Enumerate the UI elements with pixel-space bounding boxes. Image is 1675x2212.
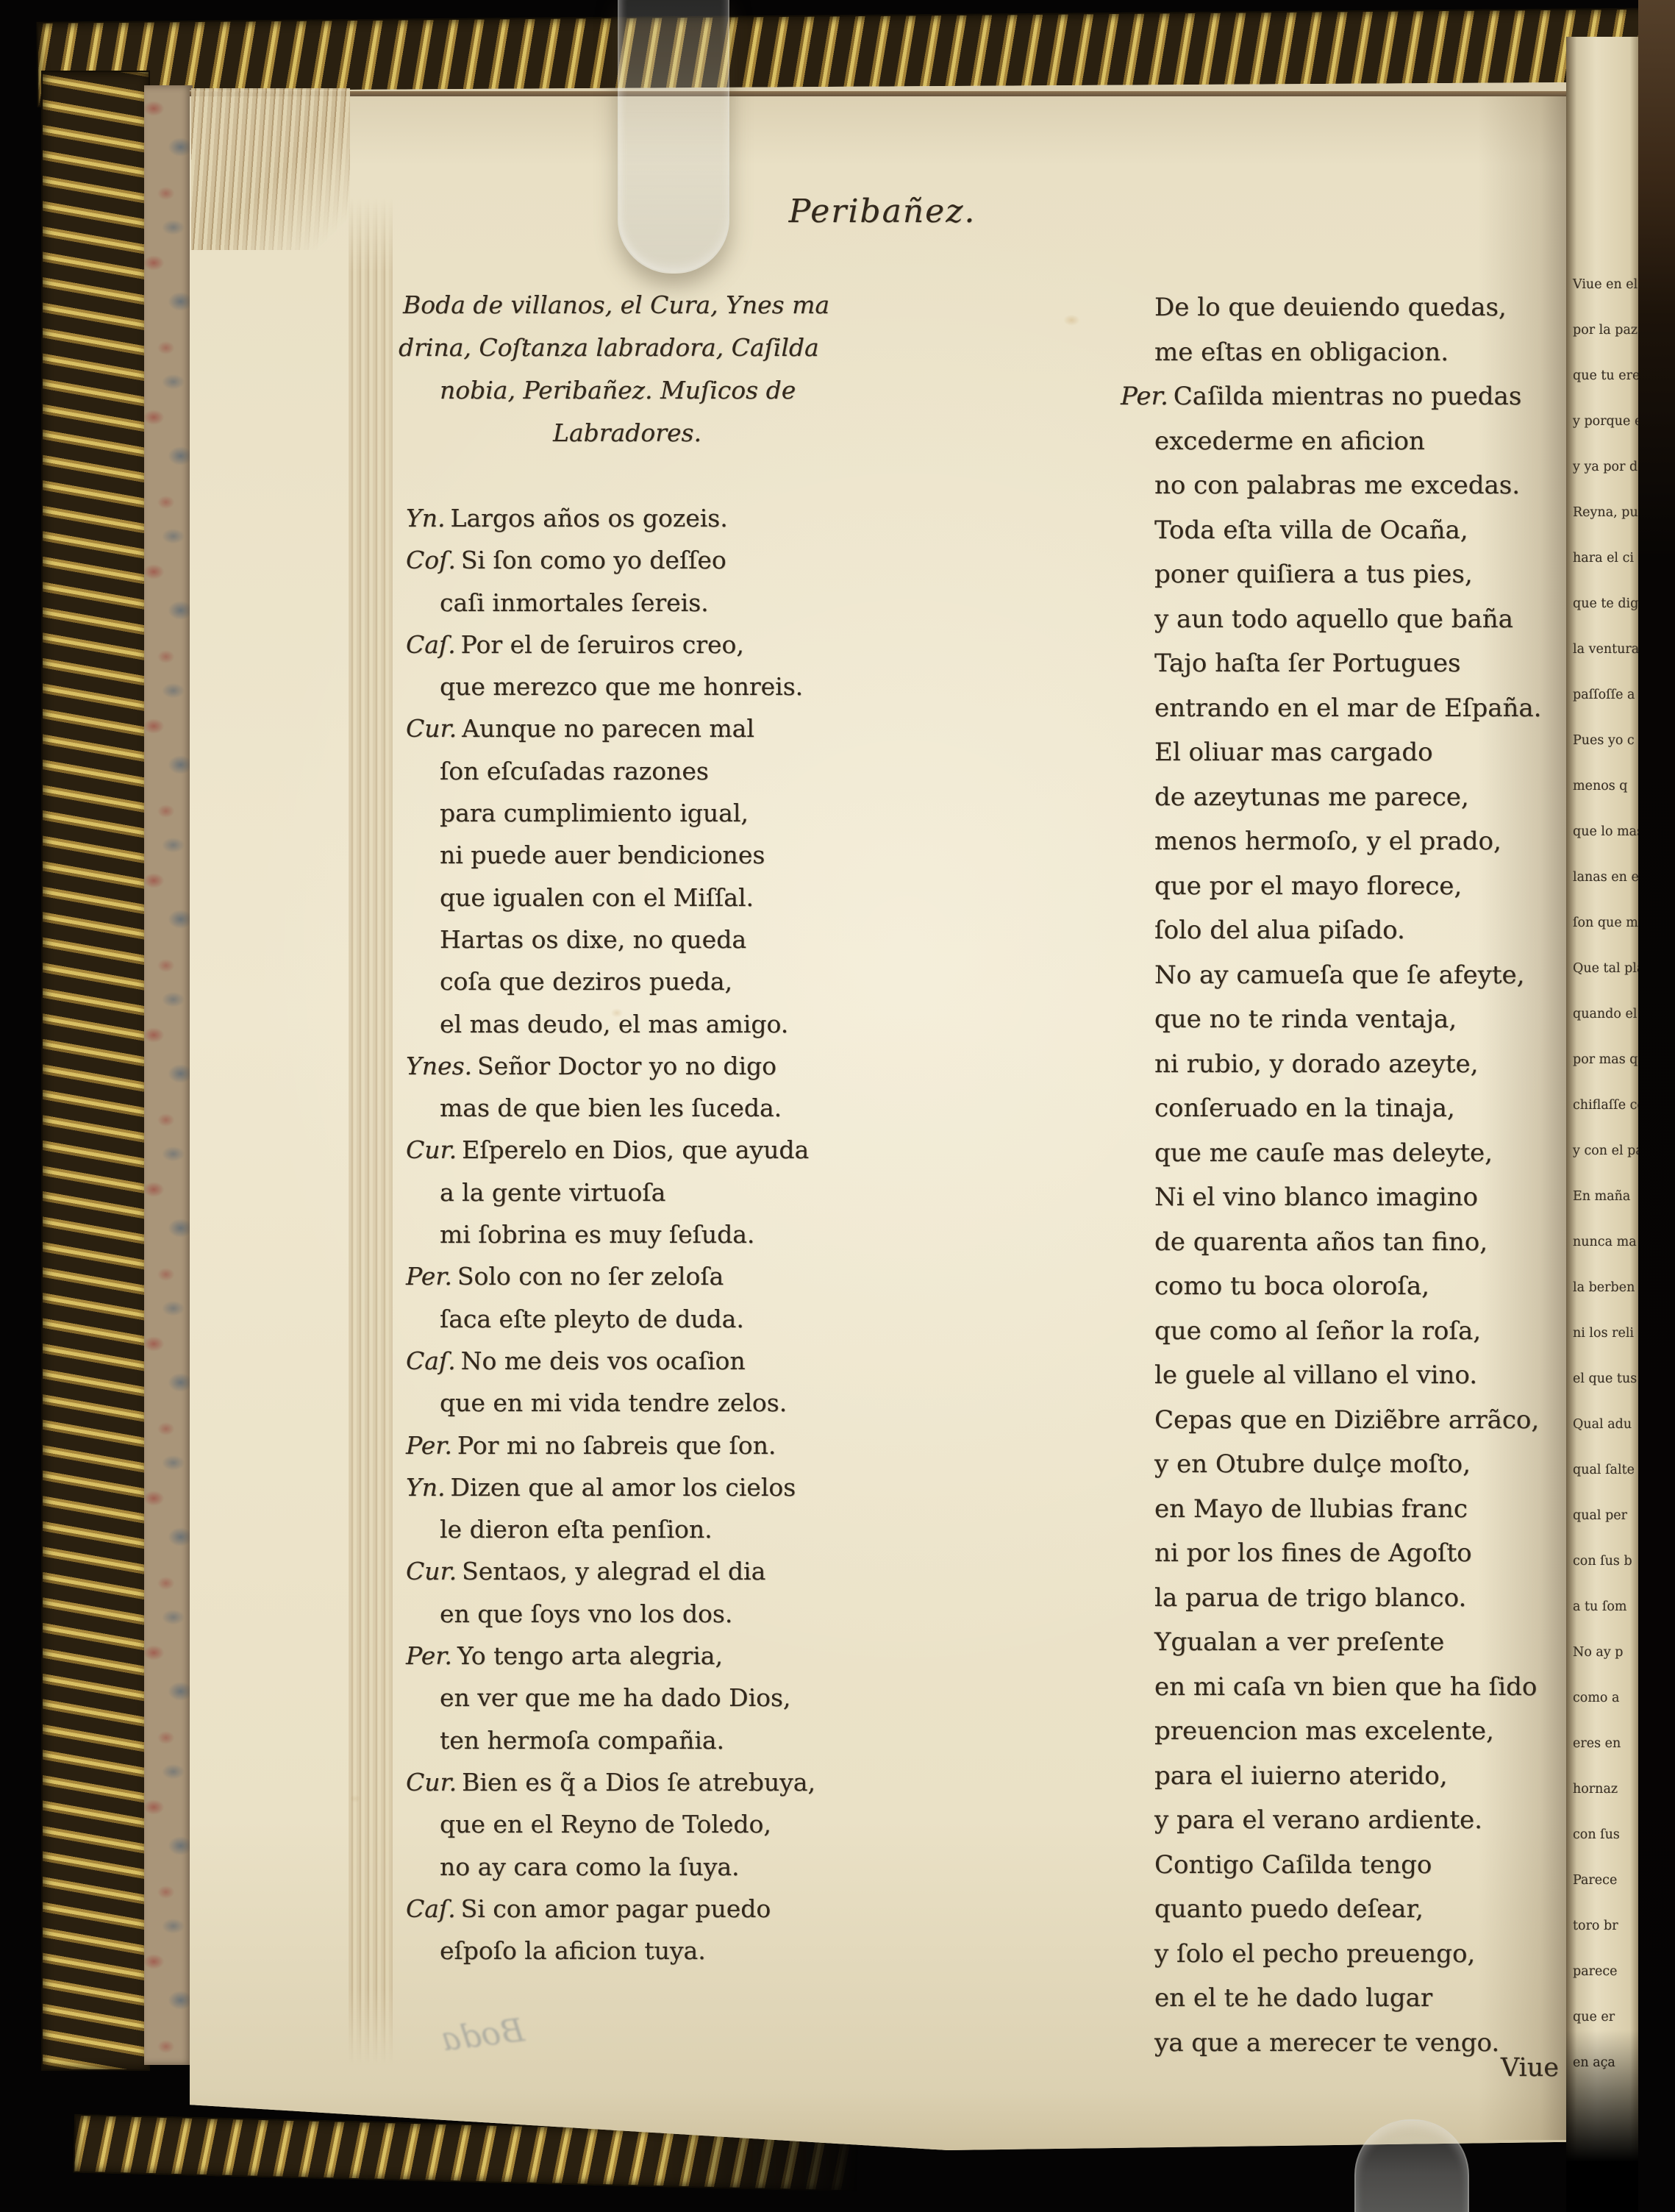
- verse-text: No ay camueſa que ſe afeyte,: [1154, 960, 1524, 990]
- verse-line: que en mi vida tendre zelos.: [406, 1382, 921, 1424]
- verse-line: y en Otubre dulçe moſto,: [1121, 1442, 1591, 1487]
- verse-line: mas de que bien les ſuceda.: [406, 1087, 921, 1129]
- verse-text: Si con amor pagar puedo: [461, 1894, 771, 1923]
- verse-line: que merezco que me honreis.: [406, 666, 921, 707]
- edge-fragment: No ay p: [1566, 1630, 1641, 1675]
- speaker-abbrev: Ynes.: [406, 1052, 472, 1080]
- verse-text: Ygualan a ver preſente: [1154, 1627, 1444, 1657]
- verse-text: que en el Reyno de Toledo,: [440, 1810, 771, 1838]
- verse-line: que igualen con el Miſſal.: [406, 877, 921, 918]
- facing-page-edge-spacer: [1566, 37, 1641, 262]
- verse-line: Ygualan a ver preſente: [1121, 1620, 1591, 1665]
- edge-fragment: paſſoſſe a C: [1566, 672, 1641, 718]
- verse-line: nobia, Peribañez. Muſicos de: [440, 369, 932, 412]
- verse-line: excederme en aficion: [1121, 419, 1591, 464]
- verse-text: De lo que deuiendo quedas,: [1154, 293, 1507, 322]
- verse-line: Hartas os dixe, no queda: [406, 918, 921, 960]
- verse-text: para cumplimiento igual,: [440, 799, 749, 827]
- edge-fragment: Viue en el,q: [1566, 262, 1641, 307]
- verse-line: que me cauſe mas deleyte,: [1121, 1131, 1591, 1176]
- verse-text: que no te rinda ventaja,: [1154, 1005, 1457, 1034]
- edge-fragment: toro br: [1566, 1903, 1641, 1949]
- verse-text: ſon eſcuſadas razones: [440, 757, 709, 785]
- edge-fragment: la ventura: [1566, 627, 1641, 672]
- speaker-abbrev: Cur.: [406, 1135, 457, 1164]
- edge-fragment: qual ſalte: [1566, 1447, 1641, 1493]
- edge-fragment: el que tus: [1566, 1356, 1641, 1402]
- edge-fragment: que lo mas: [1566, 809, 1641, 855]
- verse-text: que igualen con el Miſſal.: [440, 883, 754, 912]
- edge-fragment: con ſus b: [1566, 1538, 1641, 1584]
- verse-line: en que ſoys vno los dos.: [406, 1593, 921, 1635]
- edge-fragment: como a: [1566, 1675, 1641, 1721]
- verse-text: Por el de ſeruiros creo,: [461, 630, 744, 659]
- verse-line: que como al ſeñor la roſa,: [1121, 1309, 1591, 1354]
- verse-line: Per.Por mi no ſabreis que ſon.: [406, 1424, 921, 1466]
- verse-text: Contigo Caſilda tengo: [1154, 1850, 1432, 1880]
- verse-line: que en el Reyno de Toledo,: [406, 1803, 921, 1845]
- verse-text: Caſilda mientras no puedas: [1174, 382, 1521, 411]
- verse-text: Bien es q̃ a Dios ſe atrebuya,: [462, 1768, 815, 1797]
- edge-fragment: y porque e: [1566, 399, 1641, 444]
- verse-line: eſpoſo la aficion tuya.: [406, 1930, 921, 1972]
- verse-text: Aunque no parecen mal: [462, 714, 754, 743]
- verse-text: de quarenta años tan fino,: [1154, 1227, 1487, 1257]
- edge-fragment: eres en: [1566, 1721, 1641, 1766]
- right-column: De lo que deuiendo quedas,me eſtas en ob…: [1121, 285, 1591, 2065]
- edge-fragment: Reyna, pues: [1566, 490, 1641, 535]
- speaker-abbrev: Yn.: [406, 1473, 446, 1502]
- verse-line: en Mayo de llubias franc: [1121, 1487, 1591, 1532]
- edge-fragment: parece: [1566, 1949, 1641, 1994]
- verse-text: Si ſon como yo deſſeo: [461, 546, 726, 574]
- verse-text: y aun todo aquello que baña: [1154, 604, 1513, 634]
- verse-text: el mas deudo, el mas amigo.: [440, 1010, 788, 1038]
- verse-line: De lo que deuiendo quedas,: [1121, 285, 1591, 330]
- edge-fragment: En maña: [1566, 1174, 1641, 1219]
- verse-text: Ni el vino blanco imagino: [1154, 1182, 1478, 1212]
- verse-line: que no te rinda ventaja,: [1121, 997, 1591, 1042]
- verse-text: coſa que deziros pueda,: [440, 967, 732, 996]
- verse-text: Hartas os dixe, no queda: [440, 925, 746, 954]
- page-stack-edge: [191, 88, 350, 250]
- edge-fragment: con ſus: [1566, 1812, 1641, 1858]
- edge-fragment: Que tal pla: [1566, 946, 1641, 991]
- verse-text: ten hermoſa compañia.: [440, 1726, 724, 1755]
- edge-fragment: que tu eres: [1566, 353, 1641, 399]
- verse-line: ni rubio, y dorado azeyte,: [1121, 1042, 1591, 1087]
- verse-line: como tu boca oloroſa,: [1121, 1264, 1591, 1309]
- speaker-abbrev: Cur.: [406, 1557, 457, 1585]
- verse-line: drina, Coſtanza labradora, Caſilda: [399, 327, 932, 369]
- verse-text: mas de que bien les ſuceda.: [440, 1093, 782, 1122]
- verse-text: Cepas que en Diziẽbre arrãco,: [1154, 1405, 1539, 1435]
- verse-line: y ſolo el pecho preuengo,: [1121, 1932, 1591, 1977]
- verse-line: Cepas que en Diziẽbre arrãco,: [1121, 1398, 1591, 1443]
- verse-line: ten hermoſa compañia.: [406, 1719, 921, 1761]
- book-photo: Peribañez. Boda de villanos, el Cura, Yn…: [0, 0, 1675, 2212]
- verse-line: en el te he dado lugar: [1121, 1976, 1591, 2021]
- verse-line: mi ſobrina es muy ſeſuda.: [406, 1213, 921, 1255]
- verse-line: y aun todo aquello que baña: [1121, 597, 1591, 642]
- verse-text: Sentaos, y alegrad el dia: [462, 1557, 765, 1585]
- verse-text: nobia, Peribañez. Muſicos de: [440, 376, 796, 404]
- verse-text: ni rubio, y dorado azeyte,: [1154, 1049, 1478, 1079]
- verse-line: a la gente virtuoſa: [406, 1171, 921, 1213]
- verse-line: entrando en el mar de Eſpaña.: [1121, 686, 1591, 731]
- verse-line: le dieron eſta penſion.: [406, 1508, 921, 1550]
- verse-line: en ver que me ha dado Dios,: [406, 1677, 921, 1719]
- verse-line: de quarenta años tan fino,: [1121, 1220, 1591, 1265]
- speaker-abbrev: Per.: [406, 1641, 452, 1670]
- verse-text: Toda eſta villa de Ocaña,: [1154, 515, 1468, 545]
- verse-line: ſon eſcuſadas razones: [406, 750, 921, 792]
- edge-fragment: a tu ſom: [1566, 1584, 1641, 1630]
- verse-text: le dieron eſta penſion.: [440, 1515, 712, 1544]
- speaker-abbrev: Coſ.: [406, 546, 456, 574]
- edge-fragment: menos q: [1566, 763, 1641, 809]
- verse-text: Largos años os gozeis.: [451, 504, 728, 532]
- edge-fragment: y con el pa: [1566, 1128, 1641, 1174]
- verse-text: ſaca eſte pleyto de duda.: [440, 1305, 744, 1333]
- verse-text: ni por los fines de Agoſto: [1154, 1538, 1472, 1568]
- verse-text: entrando en el mar de Eſpaña.: [1154, 693, 1541, 723]
- verse-text: y para el verano ardiente.: [1154, 1805, 1482, 1835]
- gilt-border-left: [41, 71, 150, 2071]
- edge-fragment: la berben: [1566, 1265, 1641, 1310]
- edge-fragment: Pues yo c: [1566, 718, 1641, 763]
- edge-fragment: nunca ma: [1566, 1219, 1641, 1265]
- verse-text: Tajo haſta ſer Portugues: [1154, 649, 1460, 678]
- page-leaf-edges: [349, 197, 393, 2065]
- verse-line: que por el mayo florece,: [1121, 864, 1591, 909]
- verse-text: excederme en aficion: [1154, 427, 1425, 456]
- edge-fragment: qual per: [1566, 1493, 1641, 1538]
- verse-text: poner quiſiera a tus pies,: [1154, 560, 1473, 589]
- verse-text: que por el mayo florece,: [1154, 871, 1462, 901]
- verse-line: la parua de trigo blanco.: [1121, 1576, 1591, 1621]
- verse-line: Cur.Sentaos, y alegrad el dia: [406, 1550, 921, 1592]
- verse-text: Por mi no ſabreis que ſon.: [457, 1431, 776, 1460]
- verse-line: en mi caſa vn bien que ha ſido: [1121, 1665, 1591, 1710]
- verse-line: poner quiſiera a tus pies,: [1121, 552, 1591, 597]
- verse-text: Eſperelo en Dios, que ayuda: [462, 1135, 809, 1164]
- verse-text: la parua de trigo blanco.: [1154, 1583, 1466, 1613]
- verse-text: drina, Coſtanza labradora, Caſilda: [399, 333, 819, 362]
- verse-line: ni por los fines de Agoſto: [1121, 1531, 1591, 1576]
- verse-text: le guele al villano el vino.: [1154, 1360, 1477, 1390]
- verse-line: para el iuierno aterido,: [1121, 1754, 1591, 1799]
- verse-text: no con palabras me excedas.: [1154, 471, 1520, 500]
- facing-page-edge: Viue en el,qpor la paz dque tu eresy por…: [1566, 37, 1641, 2178]
- verse-line: Per.Yo tengo arta alegria,: [406, 1635, 921, 1677]
- marbled-edge: [144, 85, 193, 2065]
- verse-line: Ni el vino blanco imagino: [1121, 1175, 1591, 1220]
- verse-text: para el iuierno aterido,: [1154, 1761, 1448, 1791]
- verse-line: Cur.Eſperelo en Dios, que ayuda: [406, 1129, 921, 1171]
- edge-fragment: y ya por der: [1566, 444, 1641, 490]
- verse-line: Contigo Caſilda tengo: [1121, 1843, 1591, 1888]
- verse-text: eſpoſo la aficion tuya.: [440, 1936, 706, 1965]
- verse-text: en mi caſa vn bien que ha ſido: [1154, 1672, 1537, 1702]
- verse-text: me eſtas en obligacion.: [1154, 338, 1449, 367]
- verse-text: en ver que me ha dado Dios,: [440, 1683, 790, 1712]
- speaker-abbrev: Caſ.: [406, 630, 456, 659]
- verse-text: y ſolo el pecho preuengo,: [1154, 1939, 1475, 1969]
- edge-fragment: que te diga: [1566, 581, 1641, 627]
- verse-text: El oliuar mas cargado: [1154, 738, 1433, 767]
- edge-fragment: hara el ci: [1566, 535, 1641, 581]
- edge-fragment: ſon que me: [1566, 900, 1641, 946]
- book-cover-edge: [1638, 0, 1675, 2212]
- verse-line: ſaca eſte pleyto de duda.: [406, 1298, 921, 1340]
- verse-text: mi ſobrina es muy ſeſuda.: [440, 1220, 754, 1249]
- edge-fragment: quando el: [1566, 991, 1641, 1037]
- verse-line: Labradores.: [403, 412, 851, 454]
- plastic-clip-top: [618, 0, 729, 274]
- verse-line: Tajo haſta ſer Portugues: [1121, 641, 1591, 686]
- verse-line: Toda eſta villa de Ocaña,: [1121, 508, 1591, 553]
- speaker-abbrev: Per.: [406, 1262, 452, 1291]
- verse-text: en Mayo de llubias franc: [1154, 1494, 1468, 1524]
- verse-line: y para el verano ardiente.: [1121, 1798, 1591, 1843]
- speaker-abbrev: Per.: [1121, 382, 1168, 411]
- verse-text: de azeytunas me parece,: [1154, 782, 1469, 812]
- verse-text: menos hermoſo, y el prado,: [1154, 827, 1501, 856]
- verse-line: coſa que deziros pueda,: [406, 960, 921, 1002]
- verse-text: como tu boca oloroſa,: [1154, 1271, 1429, 1301]
- verse-text: a la gente virtuoſa: [440, 1178, 665, 1207]
- verse-line: Per.Caſilda mientras no puedas: [1121, 374, 1591, 419]
- verse-line: caſi inmortales ſereis.: [406, 582, 921, 624]
- verse-line: de azeytunas me parece,: [1121, 775, 1591, 820]
- left-column: Yn.Largos años os gozeis.Coſ.Si ſon como…: [406, 497, 921, 1972]
- verse-line: no ay cara como la ſuya.: [406, 1846, 921, 1888]
- verse-line: conſeruado en la tinaja,: [1121, 1086, 1591, 1131]
- edge-fragment: Parece: [1566, 1858, 1641, 1903]
- verse-text: ſolo del alua piſado.: [1154, 916, 1405, 945]
- verse-text: quanto puedo deſear,: [1154, 1894, 1424, 1924]
- verse-text: Señor Doctor yo no digo: [477, 1052, 776, 1080]
- edge-fragment: por la paz d: [1566, 307, 1641, 353]
- verse-text: que en mi vida tendre zelos.: [440, 1388, 787, 1417]
- edge-fragment: lanas en e: [1566, 855, 1641, 900]
- verse-line: Cur.Aunque no parecen mal: [406, 707, 921, 749]
- verse-text: ni puede auer bendiciones: [440, 841, 765, 869]
- verse-text: y en Otubre dulçe moſto,: [1154, 1449, 1471, 1479]
- verse-line: el mas deudo, el mas amigo.: [406, 1003, 921, 1045]
- verse-text: Dizen que al amor los cielos: [451, 1473, 796, 1502]
- speaker-abbrev: Caſ.: [406, 1346, 456, 1375]
- speaker-abbrev: Cur.: [406, 714, 457, 743]
- verse-line: ſolo del alua piſado.: [1121, 908, 1591, 953]
- catchword: Viue: [1397, 2053, 1559, 2083]
- verse-line: Cur.Bien es q̃ a Dios ſe atrebuya,: [406, 1761, 921, 1803]
- verse-text: Labradores.: [553, 418, 701, 447]
- edge-fragment: ni los reli: [1566, 1310, 1641, 1356]
- verse-text: caſi inmortales ſereis.: [440, 588, 709, 617]
- verse-text: No me deis vos ocaſion: [461, 1346, 746, 1375]
- speaker-abbrev: Cur.: [406, 1768, 457, 1797]
- verse-line: Caſ.No me deis vos ocaſion: [406, 1340, 921, 1382]
- speaker-abbrev: Per.: [406, 1431, 452, 1460]
- verse-line: No ay camueſa que ſe afeyte,: [1121, 953, 1591, 998]
- verse-line: Caſ.Si con amor pagar puedo: [406, 1888, 921, 1930]
- verse-text: que merezco que me honreis.: [440, 672, 803, 701]
- verse-line: me eſtas en obligacion.: [1121, 330, 1591, 375]
- edge-fragment: Qual adu: [1566, 1402, 1641, 1447]
- verse-text: preuencion mas excelente,: [1154, 1716, 1494, 1746]
- verse-line: Boda de villanos, el Cura, Ynes ma: [403, 284, 932, 327]
- verse-line: Yn.Largos años os gozeis.: [406, 497, 921, 539]
- verse-text: que como al ſeñor la roſa,: [1154, 1316, 1481, 1346]
- verse-line: le guele al villano el vino.: [1121, 1353, 1591, 1398]
- verse-line: no con palabras me excedas.: [1121, 463, 1591, 508]
- verse-line: Ynes.Señor Doctor yo no digo: [406, 1045, 921, 1087]
- verse-text: Solo con no ſer zeloſa: [457, 1262, 724, 1291]
- page-top-edge: [190, 91, 1568, 96]
- verse-line: preuencion mas excelente,: [1121, 1709, 1591, 1754]
- verse-text: no ay cara como la ſuya.: [440, 1852, 740, 1881]
- verse-line: ni puede auer bendiciones: [406, 834, 921, 876]
- verse-line: para cumplimiento igual,: [406, 792, 921, 834]
- verse-line: Per.Solo con no ſer zeloſa: [406, 1255, 921, 1297]
- verse-line: menos hermoſo, y el prado,: [1121, 819, 1591, 864]
- edge-fragment: chiflaſſe co: [1566, 1082, 1641, 1128]
- verse-text: conſeruado en la tinaja,: [1154, 1093, 1455, 1123]
- verse-line: El oliuar mas cargado: [1121, 730, 1591, 775]
- verse-line: quanto puedo deſear,: [1121, 1887, 1591, 1932]
- verse-line: Coſ.Si ſon como yo deſſeo: [406, 539, 921, 581]
- stage-direction: Boda de villanos, el Cura, Ynes madrina,…: [403, 284, 932, 454]
- edge-fragment: por mas q: [1566, 1037, 1641, 1082]
- verse-text: en el te he dado lugar: [1154, 1983, 1432, 2013]
- verse-line: Caſ.Por el de ſeruiros creo,: [406, 624, 921, 666]
- edge-fragment: hornaz: [1566, 1766, 1641, 1812]
- verse-line: Yn.Dizen que al amor los cielos: [406, 1466, 921, 1508]
- verse-text: en que ſoys vno los dos.: [440, 1599, 732, 1628]
- speaker-abbrev: Yn.: [406, 504, 446, 532]
- speaker-abbrev: Caſ.: [406, 1894, 456, 1923]
- verse-text: Boda de villanos, el Cura, Ynes ma: [403, 290, 829, 319]
- verse-text: que me cauſe mas deleyte,: [1154, 1138, 1493, 1168]
- verse-text: Yo tengo arta alegria,: [457, 1641, 723, 1670]
